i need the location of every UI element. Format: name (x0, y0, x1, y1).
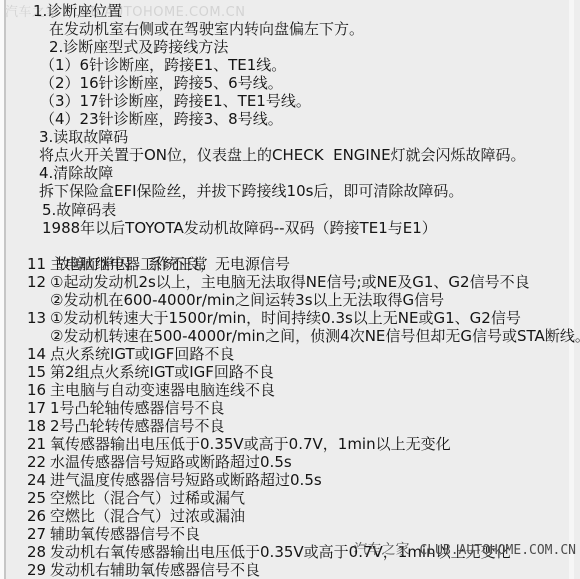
fault-row-15: 15第2组点火系统IGT或IGF回路不良 (0, 363, 580, 381)
diag-connector-item-3: （3）17针诊断座，跨接E1、TE1号线。 (0, 92, 580, 110)
fault-desc: 进气温度传感器信号短路或断路超过0.5s (50, 471, 322, 489)
fault-code: 16 (27, 381, 50, 399)
fault-row-12: 12①起动发动机2s以上，主电脑无法取得NE信号;或NE及G1、G2信号不良 (0, 273, 580, 291)
fault-code: 11 (27, 255, 50, 273)
fault-row-11: 11主电脑继电器工作不良，无电源信号 (0, 255, 580, 273)
section-1-title: 1.诊断座位置 (0, 2, 580, 20)
section-5-title: 5.故障码表 (0, 201, 580, 219)
fault-code: 21 (27, 435, 50, 453)
section-3-title: 3.读取故障码 (0, 128, 580, 146)
fault-desc: 空燃比（混合气）过稀或漏气 (50, 489, 245, 507)
fault-row-16: 16主电脑与自动变速器电脑连线不良 (0, 381, 580, 399)
fault-desc: ①发动机转速大于1500r/min，时间持续0.3s以上无NE或G1、G2信号 (50, 309, 521, 327)
fault-row-17: 171号凸轮轴传感器信号不良 (0, 399, 580, 417)
fault-desc: 主电脑继电器工作不良，无电源信号 (50, 255, 290, 273)
fault-code: 25 (27, 489, 50, 507)
diag-connector-item-1: （1）6针诊断座，跨接E1、TE1线。 (0, 56, 580, 74)
fault-row-22: 22水温传感器信号短路或断路超过0.5s (0, 453, 580, 471)
fault-code: 24 (27, 471, 50, 489)
fault-row-28: 28发动机右氧传感器输出电压低于0.35V或高于0.7V，1min以上无变化 (0, 543, 580, 561)
fault-code: 28 (27, 543, 50, 561)
fault-row-25: 25空燃比（混合气）过稀或漏气 (0, 489, 580, 507)
fault-desc: 主电脑与自动变速器电脑连线不良 (50, 381, 275, 399)
fault-desc: 水温传感器信号短路或断路超过0.5s (50, 453, 292, 471)
fault-code: 12 (27, 273, 50, 291)
section-1-body: 在发动机室右侧或在驾驶室内转向盘偏左下方。 (0, 20, 580, 38)
section-4-title: 4.清除故障 (0, 164, 580, 182)
fault-desc: 第2组点火系统IGT或IGF回路不良 (50, 363, 274, 381)
fault-code: 17 (27, 399, 50, 417)
section-4-body: 拆下保险盒EFI保险丝，并拔下跨接线10s后，即可清除故障码。 (0, 182, 580, 200)
fault-table-title: 1988年以后TOYOTA发动机故障码--双码（跨接TE1与E1） (0, 219, 580, 237)
fault-desc: ①起动发动机2s以上，主电脑无法取得NE信号;或NE及G1、G2信号不良 (50, 273, 530, 291)
fault-code: 29 (27, 561, 50, 579)
fault-row-18: 182号凸轮转传感器信号不良 (0, 417, 580, 435)
document-content: 1.诊断座位置 在发动机室右侧或在驾驶室内转向盘偏左下方。 2.诊断座型式及跨接… (0, 0, 580, 579)
fault-row-21: 21氧传感器输出电压低于0.35V或高于0.7V，1min以上无变化 (0, 435, 580, 453)
section-3-body: 将点火开关置于ON位，仪表盘上的CHECK ENGINE灯就会闪烁故障码。 (0, 146, 580, 164)
fault-code: 22 (27, 453, 50, 471)
fault-code: 13 (27, 309, 50, 327)
fault-table-header: 故障灯常闪系统正常 (0, 237, 580, 255)
fault-row-26: 26空燃比（混合气）过浓或漏油 (0, 507, 580, 525)
fault-desc: 空燃比（混合气）过浓或漏油 (50, 507, 245, 525)
fault-desc: 2号凸轮转传感器信号不良 (50, 417, 225, 435)
section-2-title: 2.诊断座型式及跨接线方法 (0, 38, 580, 56)
diag-connector-item-4: （4）23针诊断座，跨接3、8号线。 (0, 110, 580, 128)
document-page: 汽车之家 CLUB.AUTOHOME.COM.CN 1.诊断座位置 在发动机室右… (0, 0, 580, 579)
fault-row-13-cont: ②发动机转速在500-4000r/min之间，侦测4次NE信号但却无G信号或ST… (0, 327, 580, 345)
fault-desc: 1号凸轮轴传感器信号不良 (50, 399, 225, 417)
fault-row-27: 27辅助氧传感器信号不良 (0, 525, 580, 543)
fault-row-29: 29发动机右辅助氧传感器信号不良 (0, 561, 580, 579)
diag-connector-item-2: （2）16针诊断座，跨接5、6号线。 (0, 74, 580, 92)
fault-row-12-cont: ②发动机在600-4000r/min之间运转3s以上无法取得G信号 (0, 291, 580, 309)
fault-code: 27 (27, 525, 50, 543)
fault-desc: 辅助氧传感器信号不良 (50, 525, 200, 543)
fault-row-14: 14点火系统IGT或IGF回路不良 (0, 345, 580, 363)
fault-desc: 发动机右辅助氧传感器信号不良 (50, 561, 260, 579)
fault-code: 26 (27, 507, 50, 525)
fault-desc: 点火系统IGT或IGF回路不良 (50, 345, 234, 363)
fault-desc: 发动机右氧传感器输出电压低于0.35V或高于0.7V，1min以上无变化 (50, 543, 511, 561)
fault-row-24: 24进气温度传感器信号短路或断路超过0.5s (0, 471, 580, 489)
fault-desc: 氧传感器输出电压低于0.35V或高于0.7V，1min以上无变化 (50, 435, 451, 453)
fault-code: 15 (27, 363, 50, 381)
fault-code: 18 (27, 417, 50, 435)
fault-row-13: 13①发动机转速大于1500r/min，时间持续0.3s以上无NE或G1、G2信… (0, 309, 580, 327)
fault-code: 14 (27, 345, 50, 363)
